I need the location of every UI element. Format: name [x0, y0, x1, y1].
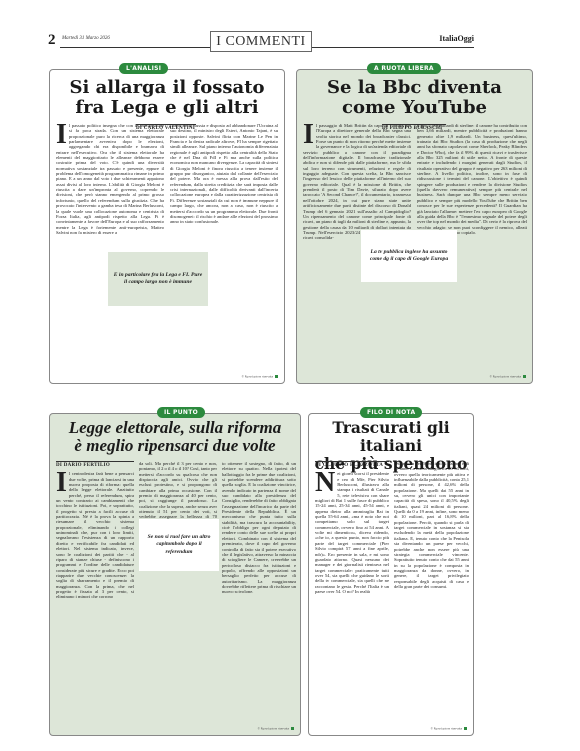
dropcap: I [303, 124, 314, 145]
copyright-text: © Riproduzione riservata [430, 727, 462, 730]
copyright-text: © Riproduzione riservata [241, 375, 273, 378]
page-header: 2 Martedì 31 Marzo 2026 I COMMENTI Itali… [48, 30, 474, 52]
article-column-2: da soli. Ma perché il 3 per cento e non,… [139, 461, 217, 729]
article-column-1: DI DARIO FERTILIO Il centrodestra farà b… [56, 461, 134, 729]
title-line: come YouTube [297, 98, 532, 118]
title-line: è meglio ripensarci due volte [50, 437, 300, 455]
dropcap: N [315, 472, 335, 493]
column-text: l passato politico insegna che con le am… [56, 123, 164, 235]
title-line: Se la Bbc diventa [297, 78, 532, 98]
tag-ruota-libera: A RUOTA LIBERA [367, 63, 441, 74]
end-square-icon [275, 375, 278, 378]
section-title: I COMMENTI [210, 31, 312, 52]
article-title: Si allarga il fossato fra Lega e gli alt… [50, 78, 284, 118]
column-text: l centrodestra farà bene a pensarci due … [56, 471, 134, 599]
brand-logo: ItaliaOggi [435, 34, 474, 43]
article-column-1: Il passato politico insegna che con le a… [56, 123, 164, 379]
title-line: Trascurati gli italiani [309, 419, 473, 455]
page-date: Martedì 31 Marzo 2026 [62, 36, 110, 41]
copyright-note: © Riproduzione riservata [489, 375, 526, 379]
article-column-3: to ottenere il sostegno, di fatto, di un… [222, 461, 296, 719]
article-il-punto: Legge elettorale, sulla riforma è meglio… [49, 413, 301, 736]
copyright-note: © Riproduzione riservata [241, 375, 278, 379]
title-line: fra Lega e gli altri [50, 98, 284, 118]
pullquote: E in particolare fra la Lega e FI. Pure … [108, 252, 208, 306]
column-text: l passaggio di Matt Brittin da capo di G… [303, 123, 411, 240]
end-square-icon [291, 727, 294, 730]
column-text: to ottenere il sostegno, di fatto, di un… [222, 461, 296, 594]
pullquote: La tv pubblica inglese ha assunto come d… [361, 230, 457, 282]
article-analisi: Si allarga il fossato fra Lega e gli alt… [49, 69, 285, 384]
article-column-1: DI CLAUDIO PLAZZOTTA Nei giorni scorsi i… [315, 461, 389, 729]
column-text: fianco della Russia e disposto ad abband… [170, 123, 278, 224]
end-square-icon [523, 375, 526, 378]
title-line: Legge elettorale, sulla riforma [50, 419, 300, 437]
article-column-2: l'età media dei 59 milioni di italiani è… [394, 461, 469, 719]
article-title: Legge elettorale, sulla riforma è meglio… [50, 419, 300, 455]
tag-analisi: L'ANALISI [119, 63, 168, 74]
pullquote: Se non si ruol fare un altro capitombolo… [139, 519, 219, 571]
byline: DI CLAUDIO PLAZZOTTA [315, 461, 389, 468]
copyright-note: © Riproduzione riservata [257, 727, 294, 731]
copyright-text: © Riproduzione riservata [489, 375, 521, 378]
byline: DI DARIO FERTILIO [56, 461, 134, 468]
tag-filo-di-nota: FILO DI NOTA [360, 407, 422, 418]
article-column-2: fianco della Russia e disposto ad abband… [170, 123, 278, 379]
end-square-icon [464, 727, 467, 730]
title-line: Si allarga il fossato [50, 78, 284, 98]
column-text: ti per 5,389 miliardi di sterline: il ca… [417, 123, 527, 235]
article-filo-di-nota: Trascurati gli italiani che più spendono… [308, 413, 474, 736]
tag-il-punto: IL PUNTO [157, 407, 205, 418]
article-ruota-libera: Se la Bbc diventa come YouTube DI FILIPP… [296, 69, 533, 384]
column-text: l'età media dei 59 milioni di italiani è… [394, 461, 469, 589]
copyright-text: © Riproduzione riservata [257, 727, 289, 730]
page-number: 2 [48, 32, 60, 49]
dropcap: I [56, 124, 67, 145]
copyright-note: © Riproduzione riservata [430, 727, 467, 731]
dropcap: I [56, 472, 67, 493]
article-title: Se la Bbc diventa come YouTube [297, 78, 532, 118]
